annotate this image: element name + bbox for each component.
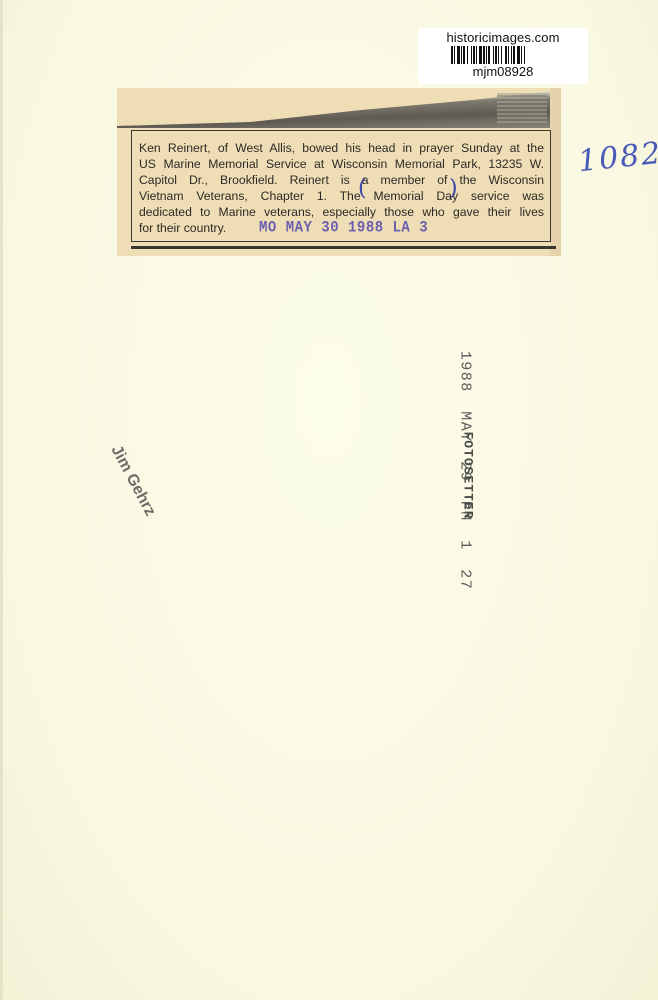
paper-edge xyxy=(0,0,3,1000)
caption-line: Ken Reinert, of West Allis, bowed his he… xyxy=(139,140,544,156)
ink-paren-left-icon: ( xyxy=(358,176,367,201)
caption-line: Capitol Dr., Brookfield. Reinert is a me… xyxy=(139,172,544,188)
barcode-label: historicimages.com mjm08928 xyxy=(418,28,588,84)
received-stamp: MO MAY 30 1988 LA 3 xyxy=(259,219,428,237)
ink-paren-right-icon: ) xyxy=(449,176,458,201)
department-stamp: FOTOSETTER xyxy=(461,431,476,519)
caption-rule xyxy=(131,246,556,249)
caption-line: Vietnam Veterans, Chapter 1. The Memoria… xyxy=(139,188,544,204)
label-item-id: mjm08928 xyxy=(418,64,588,79)
caption-line: US Marine Memorial Service at Wisconsin … xyxy=(139,156,544,172)
label-site: historicimages.com xyxy=(418,30,588,45)
caption-line: dedicated to Marine veterans, especially… xyxy=(139,204,544,220)
barcode-icon xyxy=(451,46,567,64)
clipping-margin xyxy=(550,88,561,256)
clipping-photo-fragment xyxy=(117,88,561,128)
clipping-photo-detail xyxy=(497,93,547,123)
